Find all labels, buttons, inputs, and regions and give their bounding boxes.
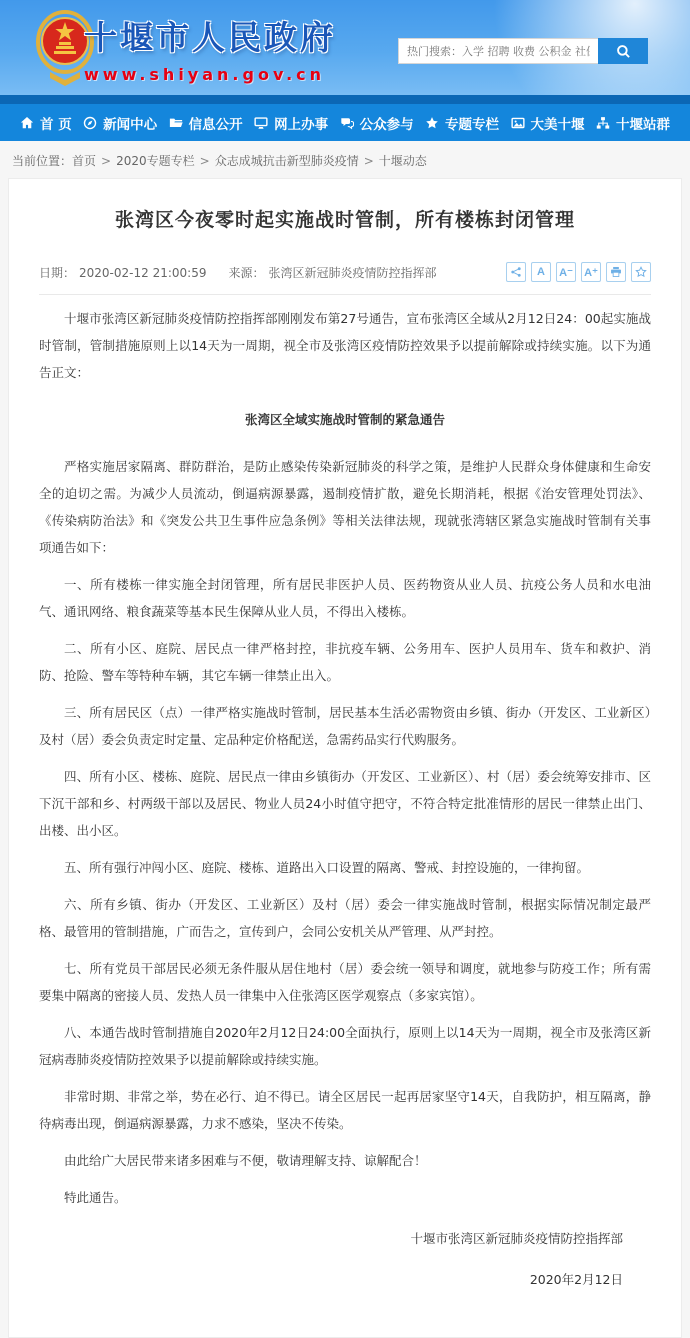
nav-item-news[interactable]: 新闻中心 (83, 113, 157, 133)
article-body: 十堰市张湾区新冠肺炎疫情防控指挥部刚刚发布第27号通告，宣布张湾区全域从2月12… (39, 305, 651, 1293)
nav-item-label: 网上办事 (274, 113, 328, 133)
search-input[interactable] (398, 38, 598, 64)
favorite-icon[interactable] (631, 262, 651, 282)
article-meta: 日期：2020-02-12 21:00:59来源：张湾区新冠肺炎疫情防控指挥部 … (39, 262, 651, 295)
nav-item-home[interactable]: 首 页 (20, 113, 72, 133)
site-header: 十堰市人民政府 www.shiyan.gov.cn (0, 0, 690, 95)
font-icon[interactable]: A (531, 262, 551, 282)
breadcrumb-separator: > (200, 154, 210, 168)
breadcrumb-separator: > (101, 154, 111, 168)
font-decrease-icon[interactable]: A⁻ (556, 262, 576, 282)
folder-icon (169, 116, 183, 130)
article-paragraph: 特此通告。 (39, 1184, 651, 1211)
search-button[interactable] (598, 38, 648, 64)
nav-item-label: 新闻中心 (103, 113, 157, 133)
date-label: 日期： (39, 266, 75, 280)
search-icon (616, 44, 631, 59)
article-paragraph: 三、所有居民区（点）一律严格实施战时管制，居民基本生活必需物资由乡镇、街办（开发… (39, 699, 651, 753)
nav-item-online[interactable]: 网上办事 (254, 113, 328, 133)
nav-item-info[interactable]: 信息公开 (169, 113, 243, 133)
share-icon[interactable] (506, 262, 526, 282)
font-increase-icon[interactable]: A⁺ (581, 262, 601, 282)
breadcrumb-items: 首页>2020专题专栏>众志成城抗击新型肺炎疫情>十堰动态 (72, 154, 427, 168)
site-identity: 十堰市人民政府 www.shiyan.gov.cn (84, 12, 336, 84)
article-paragraph: 四、所有小区、楼栋、庭院、居民点一律由乡镇街办（开发区、工业新区）、村（居）委会… (39, 763, 651, 844)
breadcrumb-item: 十堰动态 (379, 154, 427, 168)
site-title: 十堰市人民政府 (84, 12, 336, 59)
breadcrumb-item[interactable]: 众志成城抗击新型肺炎疫情 (215, 154, 359, 168)
article-paragraph: 十堰市张湾区新冠肺炎疫情防控指挥部 (39, 1225, 651, 1252)
home-icon (20, 116, 34, 130)
date-value: 2020-02-12 21:00:59 (79, 266, 206, 280)
article-meta-text: 日期：2020-02-12 21:00:59来源：张湾区新冠肺炎疫情防控指挥部 (39, 264, 441, 281)
article-paragraph: 五、所有强行冲闯小区、庭院、楼栋、道路出入口设置的隔离、警戒、封控设施的，一律拘… (39, 854, 651, 881)
breadcrumb-label: 当前位置： (12, 154, 72, 168)
article-container: 张湾区今夜零时起实施战时管制，所有楼栋封闭管理 日期：2020-02-12 21… (8, 178, 682, 1338)
article-paragraph: 十堰市张湾区新冠肺炎疫情防控指挥部刚刚发布第27号通告，宣布张湾区全域从2月12… (39, 305, 651, 386)
nav-item-label: 信息公开 (189, 113, 243, 133)
breadcrumb-item[interactable]: 2020专题专栏 (116, 154, 195, 168)
nav-item-beauty[interactable]: 大美十堰 (511, 113, 585, 133)
source-value: 张湾区新冠肺炎疫情防控指挥部 (268, 266, 436, 280)
nav-item-label: 十堰站群 (616, 113, 670, 133)
source-label: 来源： (228, 266, 264, 280)
nav-item-label: 公众参与 (360, 113, 414, 133)
search-bar (398, 38, 648, 64)
article-paragraph: 一、所有楼栋一律实施全封闭管理，所有居民非医护人员、医药物资从业人员、抗疫公务人… (39, 571, 651, 625)
star-icon (425, 116, 439, 130)
nav-item-sites[interactable]: 十堰站群 (596, 113, 670, 133)
breadcrumb-separator: > (364, 154, 374, 168)
nav-item-label: 专题专栏 (445, 113, 499, 133)
article-paragraph: 张湾区全域实施战时管制的紧急通告 (39, 406, 651, 433)
article-paragraph: 由此给广大居民带来诸多困难与不便，敬请理解支持、谅解配合！ (39, 1147, 651, 1174)
nav-item-label: 首 页 (40, 113, 72, 133)
compass-icon (83, 116, 97, 130)
article-title: 张湾区今夜零时起实施战时管制，所有楼栋封闭管理 (39, 179, 651, 232)
sitemap-icon (596, 116, 610, 130)
article-paragraph: 非常时期、非常之举，势在必行、迫不得已。请全区居民一起再居家坚守14天，自我防护… (39, 1083, 651, 1137)
print-icon[interactable] (606, 262, 626, 282)
breadcrumb: 当前位置：首页>2020专题专栏>众志成城抗击新型肺炎疫情>十堰动态 (0, 141, 690, 178)
article-paragraph: 严格实施居家隔离、群防群治，是防止感染传染新冠肺炎的科学之策，是维护人民群众身体… (39, 453, 651, 561)
article-paragraph: 七、所有党员干部居民必须无条件服从居住地村（居）委会统一领导和调度，就地参与防疫… (39, 955, 651, 1009)
breadcrumb-item[interactable]: 首页 (72, 154, 96, 168)
picture-icon (511, 116, 525, 130)
nav-item-special[interactable]: 专题专栏 (425, 113, 499, 133)
article-paragraph: 2020年2月12日 (39, 1266, 651, 1293)
article-paragraph: 二、所有小区、庭院、居民点一律严格封控，非抗疫车辆、公务用车、医护人员用车、货车… (39, 635, 651, 689)
nav-item-public[interactable]: 公众参与 (340, 113, 414, 133)
header-divider-strip (0, 95, 690, 104)
chat-icon (340, 116, 354, 130)
site-url: www.shiyan.gov.cn (84, 65, 336, 84)
article-toolbar: AA⁻A⁺ (506, 262, 651, 282)
article-paragraph: 六、所有乡镇、街办（开发区、工业新区）及村（居）委会一律实施战时管制，根据实际情… (39, 891, 651, 945)
article-paragraph: 八、本通告战时管制措施自2020年2月12日24:00全面执行，原则上以14天为… (39, 1019, 651, 1073)
nav-item-label: 大美十堰 (531, 113, 585, 133)
monitor-icon (254, 116, 268, 130)
main-nav: 首 页新闻中心信息公开网上办事公众参与专题专栏大美十堰十堰站群 (0, 104, 690, 141)
